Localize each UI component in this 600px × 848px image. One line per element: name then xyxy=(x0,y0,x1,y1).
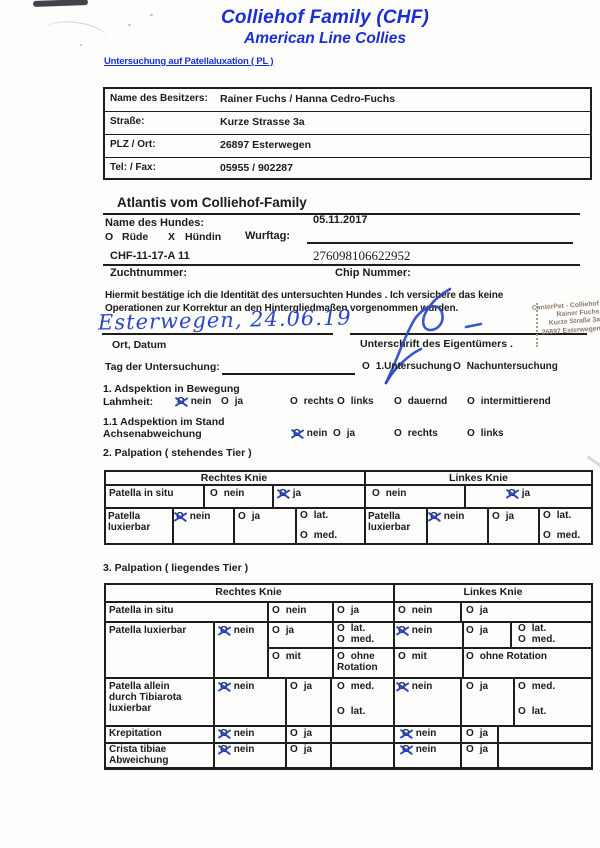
radio-s3-l-allein-ja[interactable]: Oja xyxy=(466,681,488,692)
radio-label: med. xyxy=(351,634,374,645)
col-header-rechtes-knie: Rechtes Knie xyxy=(104,472,364,484)
radio-achsen-ja[interactable]: Oja xyxy=(333,428,355,439)
radio-circle: O xyxy=(398,625,406,636)
radio-label: lat. xyxy=(532,623,546,634)
radio-s3-l-allein-med[interactable]: Omed. xyxy=(518,681,555,692)
allein-label-line1: Patella allein xyxy=(109,681,182,692)
form-title: Untersuchung auf Patellaluxation ( PL ) xyxy=(104,56,273,67)
radio-circle: O xyxy=(290,396,298,407)
table-border xyxy=(104,507,593,509)
table-border xyxy=(104,725,593,727)
radio-label: lat. xyxy=(532,706,546,717)
radio-s3-r-allein-ja[interactable]: Oja xyxy=(290,681,312,692)
radio-circle: O xyxy=(518,634,526,645)
radio-circle: O xyxy=(272,625,280,636)
radio-circle: O xyxy=(337,706,345,717)
table-border xyxy=(267,601,269,621)
radio-s3-r-allein-lat[interactable]: Olat. xyxy=(337,706,365,717)
wurftag-value[interactable]: 05.11.2017 xyxy=(313,214,367,226)
radio-circle: O xyxy=(543,530,551,541)
radio-circle: O xyxy=(518,681,526,692)
scan-smudge-top xyxy=(33,0,88,7)
table-border xyxy=(104,677,593,679)
radio-s3-r-allein-nein[interactable]: Onein xyxy=(220,681,254,692)
table-border xyxy=(464,484,466,507)
table-border xyxy=(213,621,215,677)
radio-circle: O xyxy=(372,488,380,499)
radio-label: lat. xyxy=(351,706,365,717)
radio-circle: O xyxy=(221,396,229,407)
radio-s3-r-lux-lat[interactable]: Olat. xyxy=(337,623,365,634)
lahmheit-label: Lahmheit: xyxy=(103,396,153,408)
radio-label: ja xyxy=(304,744,312,755)
radio-s2-r-lux-med[interactable]: Omed. xyxy=(300,530,337,541)
radio-circle: O xyxy=(337,396,345,407)
radio-label: ja xyxy=(480,681,488,692)
radio-s3-l-lux-mit[interactable]: Omit xyxy=(398,651,427,662)
section3-title: 3. Palpation ( liegendes Tier ) xyxy=(103,562,248,574)
radio-circle: O xyxy=(220,625,228,636)
radio-label: rechts xyxy=(304,396,334,407)
radio-achsen-links[interactable]: Olinks xyxy=(467,428,504,439)
radio-label: ja xyxy=(506,511,514,522)
sex-hundin-label: Hündin xyxy=(185,231,221,243)
radio-label: links xyxy=(481,428,504,439)
radio-label: mit xyxy=(286,651,301,662)
allein-label-line3: luxierbar xyxy=(109,703,182,714)
radio-s3-l-lux-med[interactable]: Omed. xyxy=(518,634,555,645)
radio-label: nein xyxy=(190,511,211,522)
table-border xyxy=(295,507,297,543)
radio-lahmheit-links[interactable]: Olinks xyxy=(337,396,374,407)
radio-circle: O xyxy=(238,511,246,522)
table-row: Straße: Kurze Strasse 3a xyxy=(105,112,590,135)
ort-datum-label: Ort, Datum xyxy=(112,339,166,351)
zuchtnummer-value[interactable]: CHF-11-17-A 11 xyxy=(110,250,190,262)
radio-s3-l-insitu-ja[interactable]: Oja xyxy=(466,605,488,616)
handwritten-place-date: Esterwegen, 24.06.19 xyxy=(98,305,352,334)
table-border xyxy=(497,725,499,768)
phone-value[interactable]: 05955 / 902287 xyxy=(220,162,293,174)
radio-circle: O xyxy=(466,651,474,662)
table-border xyxy=(460,601,462,621)
radio-s3-l-lux-ohne[interactable]: Oohne Rotation xyxy=(466,651,547,662)
section1-title: 1. Adspektion in Bewegung xyxy=(103,383,240,395)
radio-s3-r-insitu-nein[interactable]: Onein xyxy=(272,605,306,616)
radio-label: nein xyxy=(191,396,212,407)
radio-circle: O xyxy=(430,511,438,522)
radio-label: dauernd xyxy=(408,396,447,407)
table-border xyxy=(330,725,332,768)
table-row: Name des Besitzers: Rainer Fuchs / Hanna… xyxy=(105,89,590,112)
radio-circle: O xyxy=(220,681,228,692)
allein-row-label: Patella allein durch Tibiarota luxierbar xyxy=(109,681,182,714)
owner-signature xyxy=(366,286,496,388)
radio-s3-r-crista-nein[interactable]: Onein xyxy=(220,744,254,755)
table-row: PLZ / Ort: 26897 Esterwegen xyxy=(105,135,590,158)
table-border xyxy=(462,621,464,677)
radio-s2-l-lux-nein[interactable]: Onein xyxy=(430,511,464,522)
wurftag-blank-line[interactable] xyxy=(307,242,573,244)
radio-circle: O xyxy=(272,651,280,662)
crista-row-label: Crista tibiae Abweichung xyxy=(109,744,168,766)
radio-label: nein xyxy=(286,605,307,616)
radio-circle: O xyxy=(453,361,461,372)
radio-label: Nachuntersuchung xyxy=(467,361,558,372)
table-border xyxy=(460,725,462,768)
radio-s2-l-insitu-nein[interactable]: Onein xyxy=(372,488,406,499)
street-value[interactable]: Kurze Strasse 3a xyxy=(220,116,305,128)
radio-nachuntersuchung[interactable]: O Nachuntersuchung xyxy=(453,361,558,372)
radio-label: nein xyxy=(234,625,255,636)
radio-circle: O xyxy=(337,605,345,616)
radio-label: lat. xyxy=(314,510,328,521)
chipnummer-label: Chip Nummer: xyxy=(335,267,411,279)
table-border xyxy=(330,677,332,725)
radio-circle: O xyxy=(362,361,370,372)
radio-s3-l-krep-nein[interactable]: Onein xyxy=(402,728,436,739)
radio-label: nein xyxy=(234,728,255,739)
radio-s3-r-lux-ja[interactable]: Oja xyxy=(272,625,294,636)
radio-s3-r-lux-med[interactable]: Omed. xyxy=(337,634,374,645)
radio-s2-l-lux-med[interactable]: Omed. xyxy=(543,530,580,541)
radio-s3-r-krep-ja[interactable]: Oja xyxy=(290,728,312,739)
radio-lahmheit-rechts[interactable]: Orechts xyxy=(290,396,334,407)
table-border xyxy=(487,507,489,543)
radio-achsen-nein[interactable]: Onein xyxy=(293,428,327,439)
radio-s3-l-allein-nein[interactable]: Onein xyxy=(398,681,432,692)
radio-s3-r-insitu-ja[interactable]: Oja xyxy=(337,605,359,616)
crista-label-line1: Crista tibiae xyxy=(109,744,168,755)
radio-label: nein xyxy=(224,488,245,499)
radio-s2-r-lux-lat[interactable]: Olat. xyxy=(300,510,328,521)
radio-circle: O xyxy=(508,488,516,499)
table-border xyxy=(104,484,593,486)
table-border xyxy=(272,484,274,507)
radio-label: med. xyxy=(557,530,580,541)
radio-label: ja xyxy=(480,605,488,616)
radio-s2-l-insitu-ja[interactable]: Oja xyxy=(508,488,530,499)
radio-label: nein xyxy=(307,428,328,439)
owner-table: Name des Besitzers: Rainer Fuchs / Hanna… xyxy=(103,87,592,180)
radio-label: nein xyxy=(416,728,437,739)
radio-circle: O xyxy=(337,623,345,634)
table-border xyxy=(510,621,512,647)
radio-label: ja xyxy=(480,744,488,755)
radio-s3-r-krep-nein[interactable]: Onein xyxy=(220,728,254,739)
radio-label: med. xyxy=(314,530,337,541)
sex-hundin-marker[interactable]: X xyxy=(168,231,175,243)
owner-name-label: Name des Besitzers: xyxy=(110,93,208,104)
table-border xyxy=(332,601,334,621)
radio-circle: O xyxy=(466,625,474,636)
table-border xyxy=(233,507,235,543)
crista-label-line2: Abweichung xyxy=(109,755,168,766)
radio-label: ohne Rotation xyxy=(480,651,547,662)
radio-lahmheit-ja[interactable]: Oja xyxy=(221,396,243,407)
radio-s3-r-lux-nein[interactable]: Onein xyxy=(220,625,254,636)
table-row: Tel: / Fax: 05955 / 902287 xyxy=(105,158,590,181)
radio-label: 1.Untersuchung xyxy=(376,361,452,372)
radio-label: ja xyxy=(480,728,488,739)
radio-circle: O xyxy=(518,706,526,717)
radio-circle: O xyxy=(272,605,280,616)
radio-label: nein xyxy=(412,625,433,636)
table-border xyxy=(203,484,205,507)
city-value[interactable]: 26897 Esterwegen xyxy=(220,139,311,151)
chipnummer-value[interactable]: 276098106622952 xyxy=(313,248,411,264)
krepitation-row-label: Krepitation xyxy=(109,728,162,739)
radio-circle: O xyxy=(467,396,475,407)
untersuchung-blank-line[interactable] xyxy=(222,373,355,375)
letterhead: Colliehof Family (CHF) American Line Col… xyxy=(60,7,590,48)
radio-lahmheit-nein[interactable]: Onein xyxy=(177,396,211,407)
radio-s2-r-insitu-nein[interactable]: Onein xyxy=(210,488,244,499)
radio-circle: O xyxy=(394,396,402,407)
radio-s3-r-lux-mit[interactable]: Omit xyxy=(272,651,301,662)
table-border xyxy=(538,507,540,543)
radio-circle: O xyxy=(337,634,345,645)
radio-s2-l-lux-ja[interactable]: Oja xyxy=(492,511,514,522)
city-label: PLZ / Ort: xyxy=(110,139,156,150)
radio-circle: O xyxy=(220,744,228,755)
lux-row-label: Patella luxierbar xyxy=(109,625,186,636)
table-border xyxy=(104,601,593,603)
radio-circle: O xyxy=(398,605,406,616)
dog-name-value[interactable]: Atlantis vom Colliehof-Family xyxy=(117,195,307,210)
insitu-row-label: Patella in situ xyxy=(109,488,173,499)
table-border xyxy=(267,621,269,677)
radio-s2-l-lux-lat[interactable]: Olat. xyxy=(543,510,571,521)
radio-circle: O xyxy=(466,605,474,616)
radio-label: intermittierend xyxy=(481,396,551,407)
table-border xyxy=(285,677,287,768)
radio-label: med. xyxy=(351,681,374,692)
radio-s3-r-crista-ja[interactable]: Oja xyxy=(290,744,312,755)
radio-label: ja xyxy=(304,681,312,692)
radio-label: nein xyxy=(412,681,433,692)
table-border xyxy=(267,647,593,649)
table-border xyxy=(460,677,462,725)
radio-achsen-rechts[interactable]: Orechts xyxy=(394,428,438,439)
table-border xyxy=(332,621,334,677)
radio-circle: O xyxy=(176,511,184,522)
radio-label: ja xyxy=(286,625,294,636)
radio-circle: O xyxy=(290,681,298,692)
radio-circle: O xyxy=(402,744,410,755)
sex-rude-label: Rüde xyxy=(122,231,148,243)
radio-circle: O xyxy=(402,728,410,739)
radio-s3-l-insitu-nein[interactable]: Onein xyxy=(398,605,432,616)
radio-circle: O xyxy=(518,623,526,634)
table-border xyxy=(104,583,593,585)
radio-label: nein xyxy=(234,681,255,692)
divider-line xyxy=(103,264,580,266)
radio-circle: O xyxy=(300,530,308,541)
radio-circle: O xyxy=(466,744,474,755)
radio-circle: O xyxy=(337,651,345,662)
place-date-line[interactable] xyxy=(102,333,333,335)
radio-label: ja xyxy=(351,605,359,616)
table-border xyxy=(513,677,515,725)
wurftag-label: Wurftag: xyxy=(245,230,290,242)
col-header-linkes-knie: Linkes Knie xyxy=(393,586,593,598)
zuchtnummer-label: Zuchtnummer: xyxy=(110,267,187,279)
radio-label: med. xyxy=(532,634,555,645)
radio-circle: O xyxy=(279,488,287,499)
radio-s2-r-insitu-ja[interactable]: Oja xyxy=(279,488,301,499)
scanned-form-page: Colliehof Family (CHF) American Line Col… xyxy=(0,0,600,848)
radio-s3-l-allein-lat[interactable]: Olat. xyxy=(518,706,546,717)
untersuchung-label: Tag der Untersuchung: xyxy=(105,361,220,373)
radio-label: ja xyxy=(522,488,530,499)
radio-label: links xyxy=(351,396,374,407)
radio-1untersuchung[interactable]: O 1.Untersuchung xyxy=(362,361,452,372)
allein-label-line2: durch Tibiarota xyxy=(109,692,182,703)
table-border xyxy=(104,742,593,744)
radio-s3-l-krep-ja[interactable]: Oja xyxy=(466,728,488,739)
scan-edge-smudge xyxy=(587,455,600,467)
radio-circle: O xyxy=(290,744,298,755)
radio-label: nein xyxy=(412,605,433,616)
owner-name-value[interactable]: Rainer Fuchs / Hanna Cedro-Fuchs xyxy=(220,93,395,105)
radio-s2-r-lux-ja[interactable]: Oja xyxy=(238,511,260,522)
radio-label: mit xyxy=(412,651,427,662)
radio-circle: O xyxy=(467,428,475,439)
radio-circle: O xyxy=(466,728,474,739)
radio-lahmheit-intermittierend[interactable]: Ointermittierend xyxy=(467,396,551,407)
phone-label: Tel: / Fax: xyxy=(110,162,156,173)
radio-s3-l-lux-lat[interactable]: Olat. xyxy=(518,623,546,634)
radio-label: lat. xyxy=(557,510,571,521)
achsenabweichung-label: Achsenabweichung xyxy=(103,428,202,440)
radio-s3-l-lux-ja[interactable]: Oja xyxy=(466,625,488,636)
radio-label: ja xyxy=(293,488,301,499)
radio-circle: O xyxy=(293,428,301,439)
table-border xyxy=(104,767,593,770)
section1-1-title: 1.1 Adspektion im Stand xyxy=(103,416,225,428)
radio-label: lat. xyxy=(351,623,365,634)
radio-label: ja xyxy=(252,511,260,522)
radio-s2-r-lux-nein[interactable]: Onein xyxy=(176,511,210,522)
radio-circle: O xyxy=(543,510,551,521)
section2-title: 2. Palpation ( stehendes Tier ) xyxy=(103,447,252,459)
radio-circle: O xyxy=(210,488,218,499)
radio-circle: O xyxy=(466,681,474,692)
insitu-row-label: Patella in situ xyxy=(109,605,173,616)
radio-s3-l-crista-nein[interactable]: Onein xyxy=(402,744,436,755)
radio-lahmheit-dauernd[interactable]: Odauernd xyxy=(394,396,447,407)
radio-label: nein xyxy=(234,744,255,755)
radio-circle: O xyxy=(290,728,298,739)
radio-label: nein xyxy=(416,744,437,755)
org-subtitle: American Line Collies xyxy=(60,30,590,48)
radio-label: ja xyxy=(304,728,312,739)
table-border xyxy=(213,677,215,768)
radio-label: ja xyxy=(347,428,355,439)
col-header-linkes-knie: Linkes Knie xyxy=(364,472,593,484)
radio-circle: O xyxy=(300,510,308,521)
radio-label: rechts xyxy=(408,428,438,439)
radio-circle: O xyxy=(333,428,341,439)
lux-row-label: Patella luxierbar xyxy=(108,511,166,533)
lux-row-label: Patella luxierbar xyxy=(368,511,424,533)
col-header-rechtes-knie: Rechtes Knie xyxy=(104,586,393,598)
radio-label: nein xyxy=(386,488,407,499)
radio-s3-r-allein-med[interactable]: Omed. xyxy=(337,681,374,692)
street-label: Straße: xyxy=(110,116,144,127)
radio-s3-r-lux-ohne[interactable]: Oohne Rotation xyxy=(337,651,389,673)
radio-circle: O xyxy=(177,396,185,407)
radio-label: nein xyxy=(444,511,465,522)
radio-circle: O xyxy=(337,681,345,692)
radio-circle: O xyxy=(398,681,406,692)
radio-label: ja xyxy=(235,396,243,407)
sex-rude-marker[interactable]: O xyxy=(105,231,113,243)
org-title: Colliehof Family (CHF) xyxy=(60,7,590,29)
table-border xyxy=(104,543,593,545)
declaration-line1: Hiermit bestätige ich die Identität des … xyxy=(105,290,583,303)
radio-label: ja xyxy=(480,625,488,636)
radio-circle: O xyxy=(492,511,500,522)
radio-s3-l-lux-nein[interactable]: Onein xyxy=(398,625,432,636)
radio-circle: O xyxy=(398,651,406,662)
radio-s3-l-crista-ja[interactable]: Oja xyxy=(466,744,488,755)
dog-name-label: Name des Hundes: xyxy=(105,217,204,229)
radio-circle: O xyxy=(220,728,228,739)
radio-circle: O xyxy=(394,428,402,439)
radio-label: med. xyxy=(532,681,555,692)
